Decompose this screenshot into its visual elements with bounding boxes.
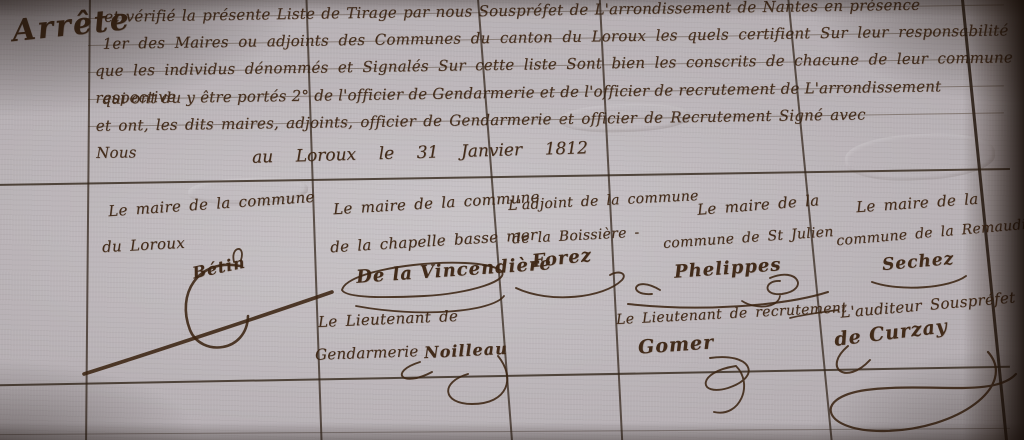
flourish-gomer-paraph: [706, 357, 749, 413]
signature-mayor-loroux: Bétin: [191, 253, 248, 283]
signature-recruitment-lieutenant: Gomer: [637, 331, 714, 358]
signature-adjoint-boissiere: Forez: [531, 245, 593, 272]
flourish-phelippes-right-loops: [768, 275, 798, 295]
date-line: au Loroux le 31 Janvier 1812: [252, 138, 588, 167]
signature-mayor-st-julien: Phelippes: [673, 254, 782, 282]
flourish-sechez-underline: [872, 276, 966, 288]
signature-mayor-remaudiere: Sechez: [881, 249, 955, 275]
document-photo: Arrête et vérifié la présente Liste de T…: [0, 0, 1024, 440]
signatory-title: Le maire de la: [856, 190, 980, 217]
flourish-forez-swash: [516, 273, 624, 298]
embossed-stamp: [844, 130, 996, 184]
signatory-title: Gendarmerie: [315, 342, 419, 364]
table-rule-vertical-1: [85, 0, 90, 440]
signature-gendarmerie-lieutenant: Noilleau: [424, 339, 509, 362]
flourish-phelippes-left-swirl: [636, 284, 660, 294]
signatory-title: du Loroux: [102, 234, 186, 256]
table-rule-horizontal-top: [0, 168, 1010, 186]
signatory-title: Le maire de la: [696, 191, 820, 219]
signatory-title: commune de la Remaudière: [836, 215, 1024, 250]
table-rule-horizontal-bottom: [0, 428, 1010, 435]
signature-mayor-chapelle: De la Vincendière: [356, 253, 553, 288]
signatory-title: Le Lieutenant de recrutement: [616, 300, 848, 328]
signatory-title: Le maire de la commune: [108, 188, 316, 220]
flourish-betin-diagonal: [84, 292, 332, 374]
signatory-title: Le Lieutenant de: [318, 307, 459, 331]
flourish-noilleau-paraph: [448, 356, 507, 404]
signatory-title: commune de St Julien: [663, 224, 835, 252]
signatory-title: de la chapelle basse mer: [330, 226, 538, 257]
flourish-curzay-grand: [831, 352, 1016, 431]
